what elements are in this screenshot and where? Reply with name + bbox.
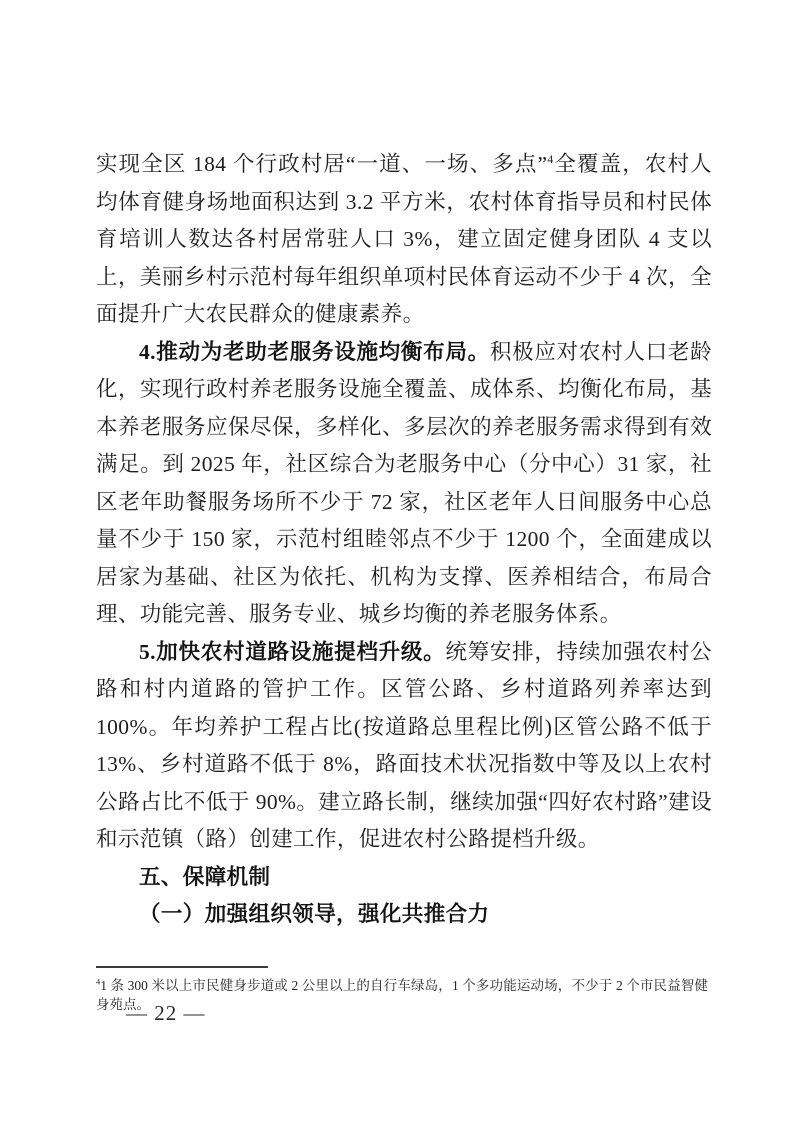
paragraph-sports-facilities: 实现全区 184 个行政村居“一道、一场、多点”4全覆盖，农村人均体育健身场地面… xyxy=(96,146,712,334)
paragraph-text: 全覆盖，农村人均体育健身场地面积达到 3.2 平方米，农村体育指导员和村民体育培… xyxy=(96,152,712,326)
document-body: 实现全区 184 个行政村居“一道、一场、多点”4全覆盖，农村人均体育健身场地面… xyxy=(96,146,712,934)
document-page: 实现全区 184 个行政村居“一道、一场、多点”4全覆盖，农村人均体育健身场地面… xyxy=(0,0,800,1131)
paragraph-elderly-care: 4.推动为老助老服务设施均衡布局。积极应对农村人口老龄化，实现行政村养老服务设施… xyxy=(96,334,712,634)
paragraph-lead-bold: 4.推动为老助老服务设施均衡布局。 xyxy=(139,340,490,364)
subsection-heading: （一）加强组织领导，强化共推合力 xyxy=(96,896,712,934)
page-number: — 22 — xyxy=(126,1001,206,1026)
paragraph-text: 积极应对农村人口老龄化，实现行政村养老服务设施全覆盖、成体系、均衡化布局，基本养… xyxy=(96,340,712,627)
section-heading: 五、保障机制 xyxy=(96,859,712,897)
paragraph-lead-bold: 5.加快农村道路设施提档升级。 xyxy=(139,640,445,664)
paragraph-rural-roads: 5.加快农村道路设施提档升级。统筹安排，持续加强农村公路和村内道路的管护工作。区… xyxy=(96,634,712,859)
paragraph-text: 统筹安排，持续加强农村公路和村内道路的管护工作。区管公路、乡村道路列养率达到 1… xyxy=(96,640,712,852)
footnote-divider xyxy=(96,966,268,968)
paragraph-text: 实现全区 184 个行政村居“一道、一场、多点” xyxy=(96,152,547,176)
